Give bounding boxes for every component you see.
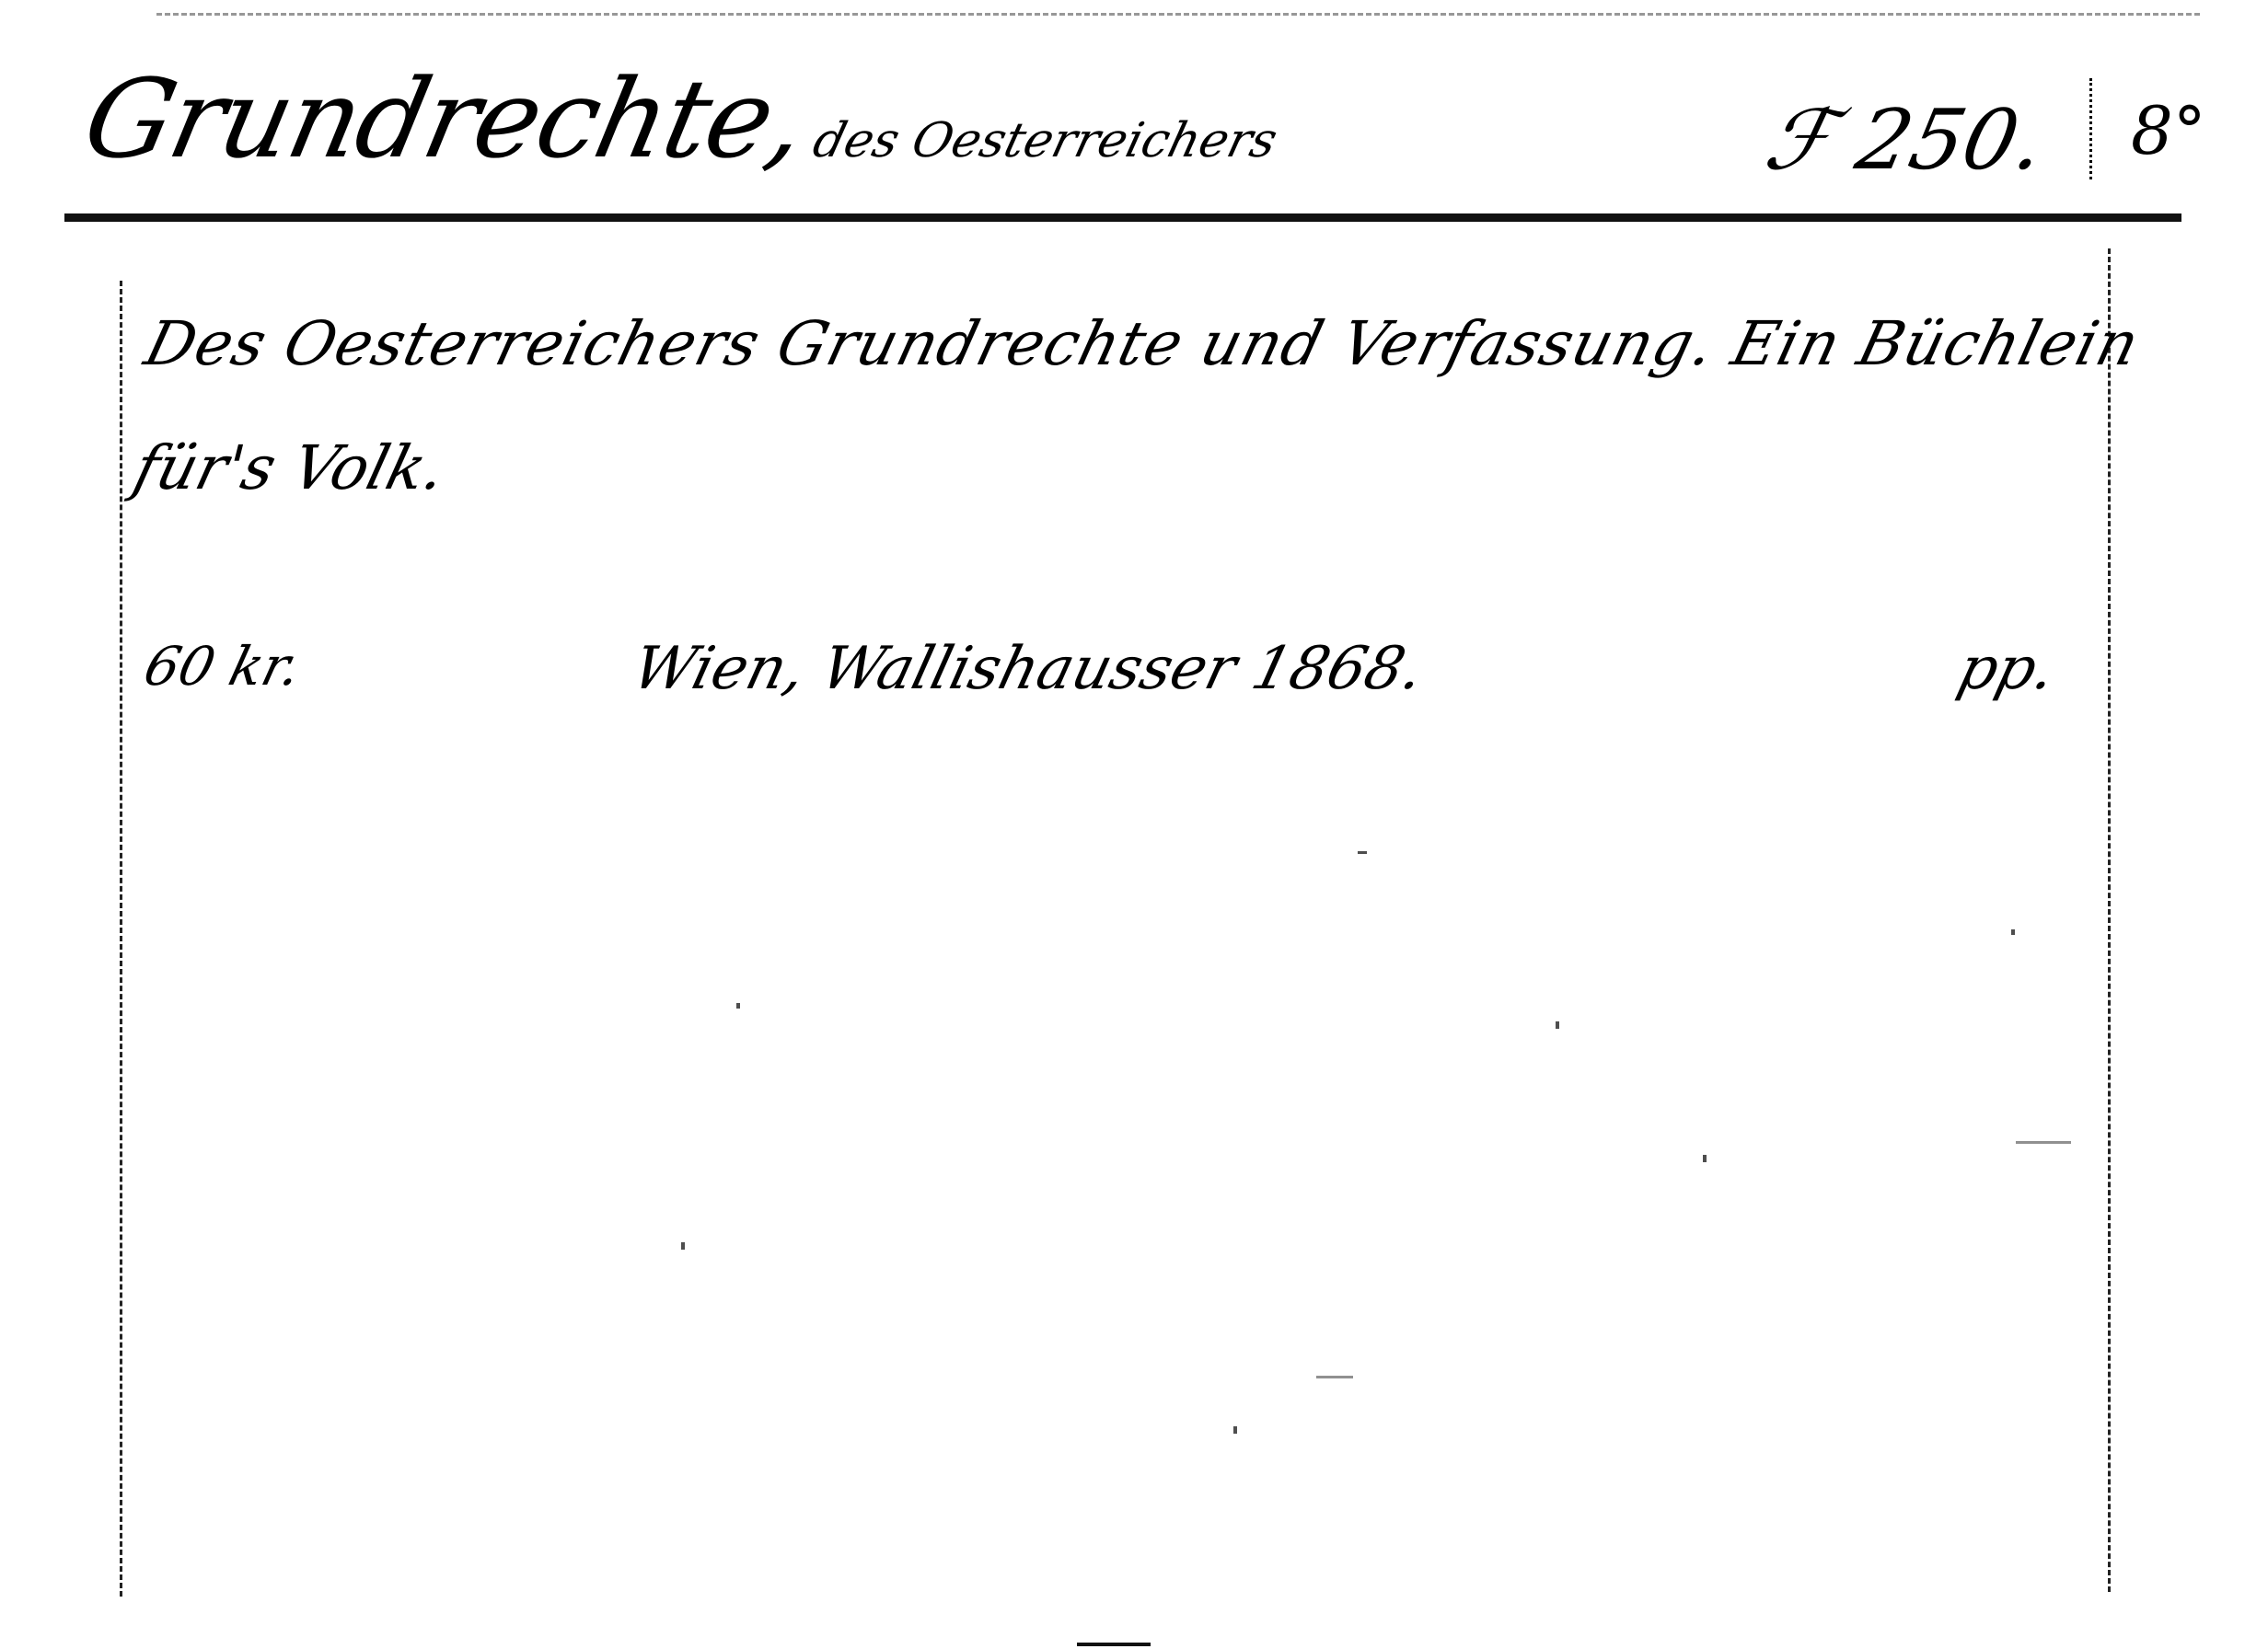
heading-subterm: des Oesterreichers: [808, 113, 1283, 168]
title-line-2: für's Volk.: [127, 432, 453, 503]
scan-speck: [2016, 1141, 2071, 1144]
scan-speck: [1358, 851, 1367, 854]
scan-speck: [1233, 1426, 1237, 1434]
scan-speck: [2011, 929, 2015, 935]
header-divider: [2089, 78, 2092, 179]
right-margin-line: [2108, 248, 2111, 1592]
header-rule: [64, 213, 2181, 222]
format-size: 8°: [2131, 92, 2206, 169]
scan-speck: [736, 1003, 740, 1009]
catalog-card: Grundrechte, des Oesterreichers ℱ 250. 8…: [0, 0, 2268, 1649]
left-margin-line: [120, 281, 122, 1597]
scan-speck: [681, 1242, 685, 1250]
shelfmark: ℱ 250.: [1757, 92, 2054, 189]
scan-edge-mark: [1077, 1643, 1151, 1646]
scan-speck: [1556, 1021, 1559, 1029]
scan-speck: [1316, 1376, 1353, 1378]
heading-main-term: Grundrechte,: [74, 55, 816, 182]
price: 60 kr.: [138, 635, 307, 698]
card-heading: Grundrechte, des Oesterreichers: [87, 55, 1276, 182]
title-line-1: Des Oesterreichers Grundrechte und Verfa…: [138, 308, 2146, 379]
pagination: pp.: [1951, 635, 2063, 703]
scan-edge-rule: [156, 13, 2200, 16]
scan-speck: [1703, 1155, 1707, 1162]
imprint: Wien, Wallishausser 1868.: [626, 635, 1430, 703]
